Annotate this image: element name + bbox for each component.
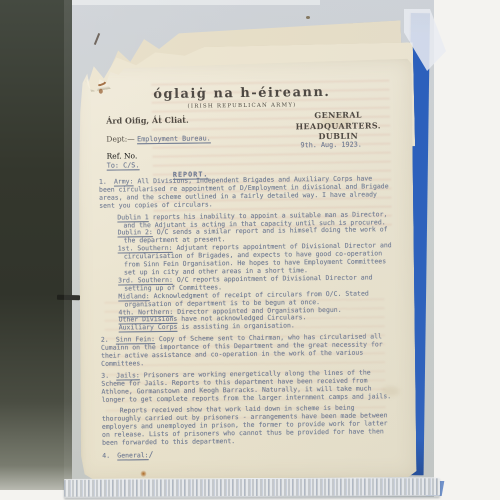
dept-label: Dept:— [106,134,134,143]
date-line: 9th. Aug. 1923. [300,141,361,150]
dept-line: Dept:— Employment Bureau. [106,133,210,143]
front-page: óglaiġ na h-éireann. (IRISH REPUBLICAN A… [71,58,416,481]
report-body: 1.Army: All Divisions, Independent Briga… [99,175,394,460]
para-army: 1.Army: All Divisions, Independent Briga… [99,175,391,210]
ink-speck [306,16,310,19]
rust-stain-bottom [140,470,146,477]
continuation-mark: / [149,450,154,459]
subitem-auxiliary-corps: Auxiliary Corps is assisting in organisa… [119,322,393,333]
headquarters-line: GENERAL HEADQUARTERS. [272,109,404,132]
para-sinn-fein: 2.Sinn Fein: Copy of Scheme sent to Chai… [101,333,393,368]
sleeve-top-highlight [70,0,320,5]
clip-mark [57,295,80,301]
photo-stage: óglaiġ na h-éireann. (IRISH REPUBLICAN A… [0,0,500,500]
to-chief-of-staff-line: To: C/S. [107,161,140,169]
para-general: 4.General:/ [102,448,394,460]
para-jails-reports: Reports received show that work laid dow… [102,405,394,448]
dept-value: Employment Bureau. [137,134,211,143]
gaelic-office-line: Árd Oifig, Áṫ Cliaṫ. [106,115,189,126]
sleeve-seam [64,477,440,498]
ref-no-label: Ref. No. [107,151,138,160]
subitem-1st-southern: 1st. Southern: Adjutant reports appointm… [118,242,392,277]
para-jails: 3.Jails: Prisoners are working energetic… [101,369,393,404]
dark-left-band [0,0,72,490]
headquarters-block: GENERAL HEADQUARTERS. DUBLIN [272,109,404,142]
